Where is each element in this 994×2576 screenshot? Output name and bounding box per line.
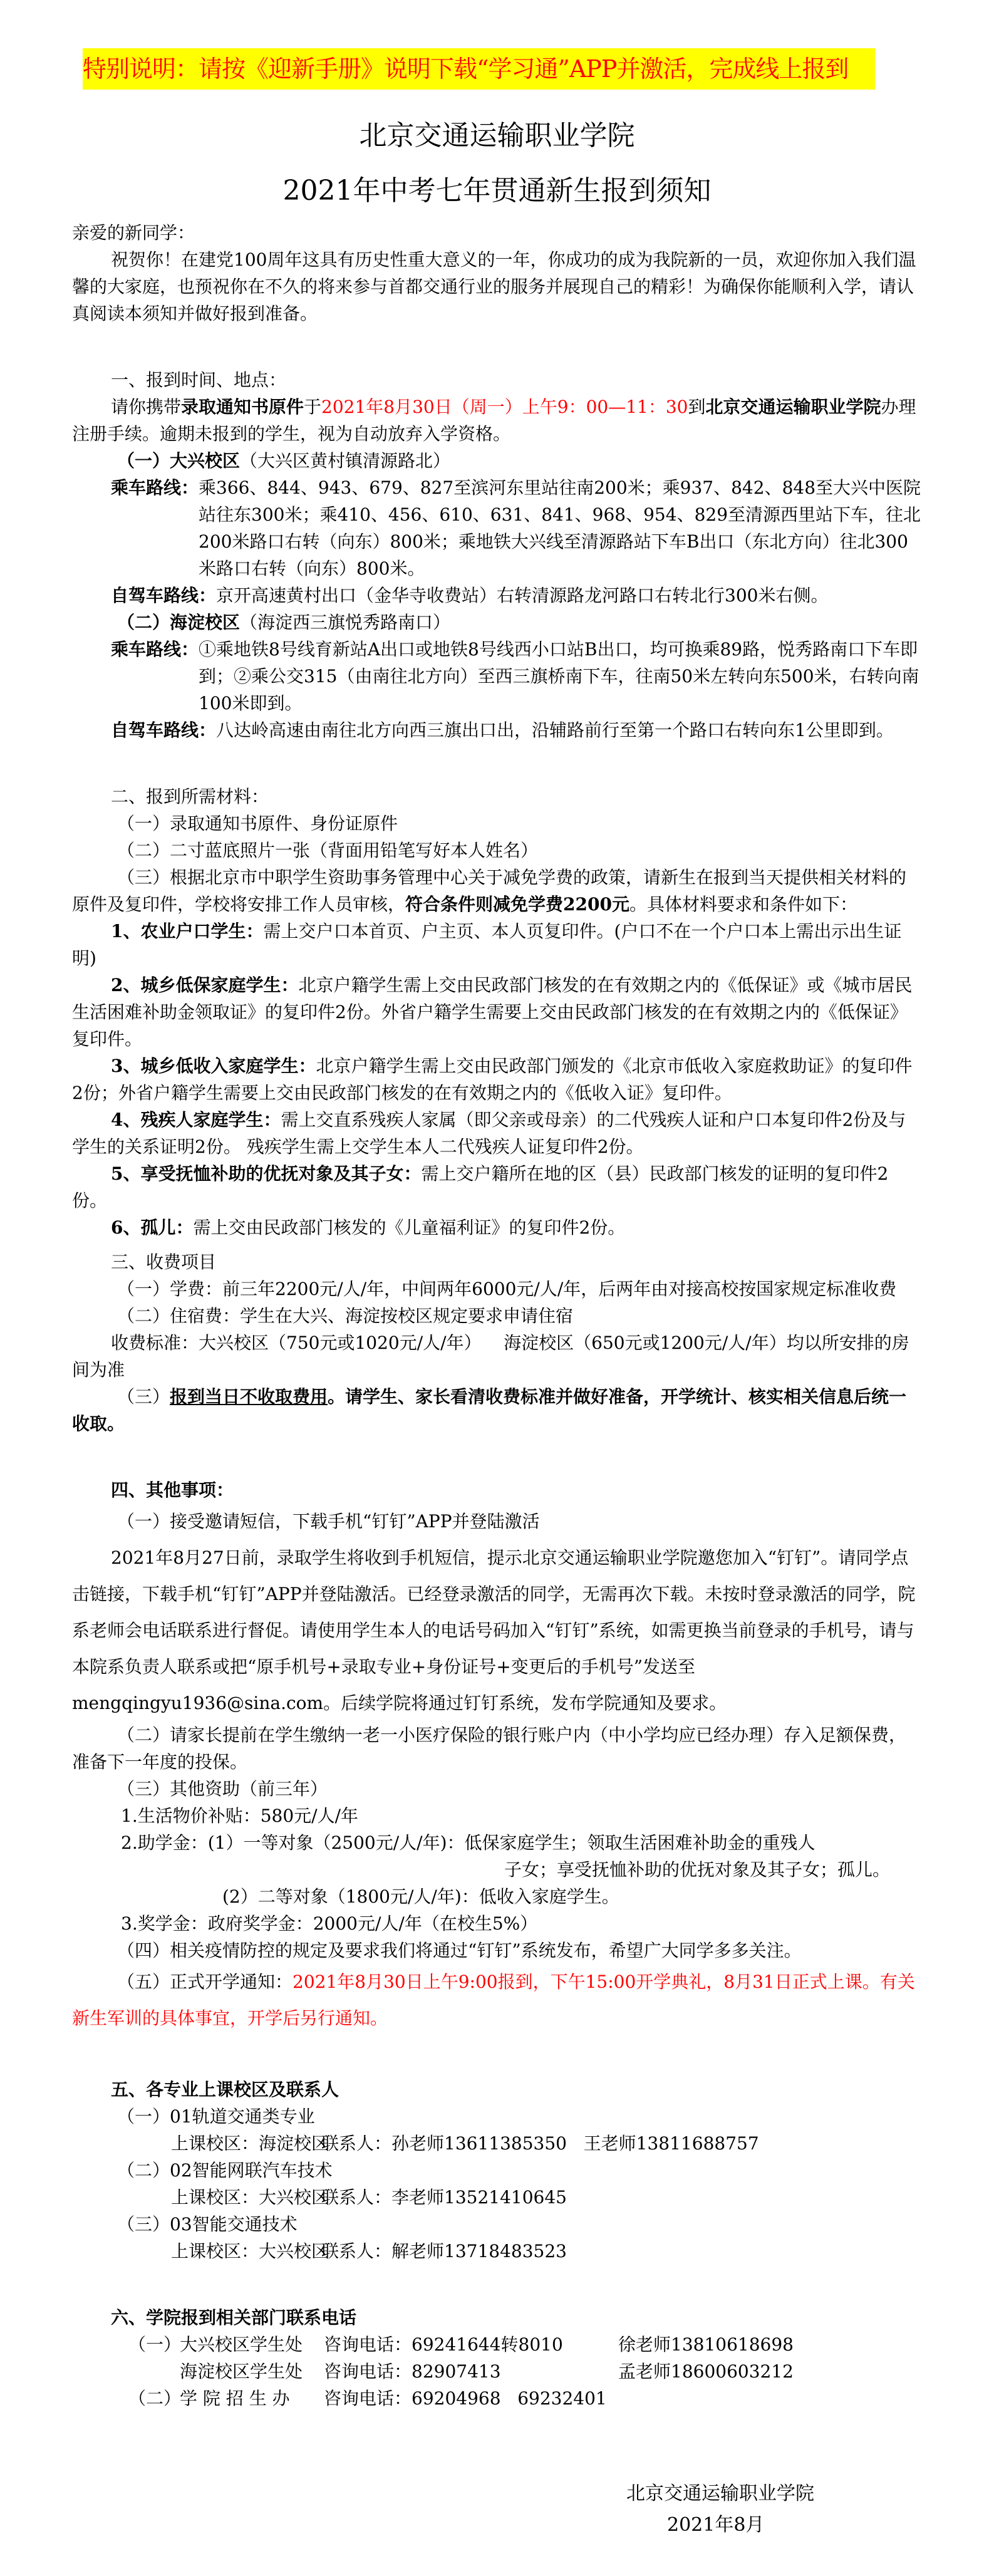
campus-name: （二）海淀校区 bbox=[117, 612, 240, 633]
dept-phone: 咨询电话：69241644转8010 bbox=[324, 2331, 618, 2358]
major-name: （二）02智能网联汽车技术 bbox=[72, 2157, 921, 2184]
daxing-bus-route: 乘车路线： 乘366、844、943、679、827至滨河东里站往南200米；乘… bbox=[72, 474, 921, 582]
school-start-label: （五）正式开学通知： bbox=[117, 1971, 293, 1992]
bus-route-label: 乘车路线： bbox=[111, 636, 199, 717]
major-contact-row: 上课校区：海淀校区 联系人： 孙老师13611385350 王老师1381168… bbox=[72, 2130, 921, 2157]
campus-name: （一）大兴校区 bbox=[117, 450, 240, 471]
major-campus: 上课校区：大兴校区 bbox=[171, 2184, 284, 2211]
dept-phone: 咨询电话：69204968 69232401 bbox=[324, 2385, 618, 2412]
section1-heading: 一、报到时间、地点： bbox=[72, 366, 921, 393]
no-fee-on-report-day: 报到当日不收取费用 bbox=[170, 1386, 328, 1407]
dept-teacher: 徐老师13810618698 bbox=[618, 2331, 794, 2358]
material-item-3: （三）根据北京市中职学生资助事务管理中心关于减免学费的政策，请新生在报到当天提供… bbox=[72, 864, 921, 918]
insurance-note: （二）请家长提前在学生缴纳一老一小医疗保险的银行账户内（中小学均应已经办理）存入… bbox=[72, 1722, 921, 1775]
material-item-1: （一）录取通知书原件、身份证原件 bbox=[72, 810, 921, 837]
condition-item: 6、孤儿：需上交由民政部门核发的《儿童福利证》的复印件2份。 bbox=[72, 1214, 921, 1241]
contact-phones: 李老师13521410645 bbox=[391, 2184, 567, 2211]
greeting-paragraph: 祝贺你！在建党100周年这具有历史性重大意义的一年，你成功的成为我院新的一员，欢… bbox=[72, 246, 921, 327]
tuition-waiver-highlight: 符合条件则减免学费2200元 bbox=[405, 894, 629, 915]
condition-label: 3、城乡低收入家庭学生： bbox=[111, 1056, 316, 1076]
drive-route-text: 京开高速黄村出口（金华寺收费站）右转清源路龙河路口右转北行300米右侧。 bbox=[216, 582, 921, 609]
row-prefix: （二） bbox=[128, 2385, 180, 2412]
intro-bold-admission: 录取通知书原件 bbox=[181, 397, 304, 417]
subsidy-grant-second: (2）二等对象（1800元/人/年)：低收入家庭学生。 bbox=[72, 1883, 921, 1910]
daxing-drive-route: 自驾车路线： 京开高速黄村出口（金华寺收费站）右转清源路龙河路口右转北行300米… bbox=[72, 582, 921, 609]
intro-text: 请你携带 bbox=[111, 397, 181, 417]
contact-phones: 解老师13718483523 bbox=[391, 2238, 567, 2265]
dingtalk-body: 2021年8月27日前，录取学生将收到手机短信，提示北京交通运输职业学院邀您加入… bbox=[72, 1540, 921, 1722]
intro-bold-school: 北京交通运输职业学院 bbox=[705, 397, 881, 417]
section4-heading: 四、其他事项： bbox=[72, 1477, 921, 1504]
notice-title: 2021年中考七年贯通新生报到须知 bbox=[0, 168, 994, 208]
row-prefix: （一） bbox=[128, 2331, 180, 2358]
major-name: （一）01轨道交通类专业 bbox=[72, 2103, 921, 2130]
condition-item: 2、城乡低保家庭学生：北京户籍学生需上交由民政部门核发的在有效期之内的《低保证》… bbox=[72, 972, 921, 1052]
drive-route-label: 自驾车路线： bbox=[111, 582, 216, 609]
major-contact-row: 上课校区：大兴校区 联系人： 李老师13521410645 bbox=[72, 2184, 921, 2211]
bus-route-text: 乘366、844、943、679、827至滨河东里站往南200米；乘937、84… bbox=[199, 474, 921, 582]
major-campus: 上课校区：大兴校区 bbox=[171, 2238, 284, 2265]
condition-label: 5、享受抚恤补助的优抚对象及其子女： bbox=[111, 1163, 422, 1184]
contact-phones: 孙老师13611385350 王老师13811688757 bbox=[391, 2130, 759, 2157]
haidian-drive-route: 自驾车路线： 八达岭高速由南往北方向西三旗出口出，沿辅路前行至第一个路口右转向东… bbox=[72, 717, 921, 744]
subsidy-scholarship: 3.奖学金：政府奖学金：2000元/人/年（在校生5%） bbox=[72, 1910, 921, 1937]
intro-text: 于 bbox=[304, 397, 321, 417]
dingtalk-title: （一）接受邀请短信，下载手机“钉钉”APP并登陆激活 bbox=[72, 1504, 921, 1540]
special-notice-banner: 特别说明：请按《迎新手册》说明下载“学习通”APP并激活，完成线上报到 bbox=[83, 48, 875, 90]
condition-item: 3、城乡低收入家庭学生：北京户籍学生需上交由民政部门颁发的《北京市低收入家庭救助… bbox=[72, 1052, 921, 1106]
dept-name: 海淀校区学生处 bbox=[180, 2358, 324, 2385]
fee-note-prefix: （三） bbox=[117, 1386, 170, 1407]
salutation: 亲爱的新同学： bbox=[72, 219, 921, 246]
dept-name: 学 院 招 生 办 bbox=[180, 2385, 324, 2412]
fee-tuition: （一）学费：前三年2200元/人/年，中间两年6000元/人/年，后两年由对接高… bbox=[72, 1275, 921, 1302]
fee-dorm-standard: 收费标准：大兴校区（750元或1020元/人/年） 海淀校区（650元或1200… bbox=[72, 1329, 921, 1383]
bus-route-label: 乘车路线： bbox=[111, 474, 199, 582]
subsidy-grant-first: 2.助学金：(1）一等对象（2500元/人/年)：低保家庭学生；领取生活困难补助… bbox=[72, 1829, 921, 1856]
major-contact-row: 上课校区：大兴校区 联系人： 解老师13718483523 bbox=[72, 2238, 921, 2265]
fee-dorm: （二）住宿费：学生在大兴、海淀按校区规定要求申请住宿 bbox=[72, 1302, 921, 1329]
school-start-notice: （五）正式开学通知：2021年8月30日上午9:00报到，下午15:00开学典礼… bbox=[72, 1964, 921, 2037]
drive-route-label: 自驾车路线： bbox=[111, 717, 216, 744]
dept-contact-row: 海淀校区学生处 咨询电话：82907413 孟老师18600603212 bbox=[72, 2358, 921, 2385]
campus-daxing-heading: （一）大兴校区（大兴区黄村镇清源路北） bbox=[72, 447, 921, 474]
subsidy-living: 1.生活物价补贴：580元/人/年 bbox=[72, 1802, 921, 1829]
condition-item: 4、残疾人家庭学生：需上交直系残疾人家属（即父亲或母亲）的二代残疾人证和户口本复… bbox=[72, 1106, 921, 1160]
fee-note: （三）报到当日不收取费用。请学生、家长看清收费标准并做好准备，开学统计、核实相关… bbox=[72, 1383, 921, 1437]
condition-label: 4、残疾人家庭学生： bbox=[111, 1109, 281, 1130]
drive-route-text: 八达岭高速由南往北方向西三旗出口出，沿辅路前行至第一个路口右转向东1公里即到。 bbox=[216, 717, 921, 744]
contact-label: 联系人： bbox=[321, 2238, 391, 2265]
subsidy-title: （三）其他资助（前三年） bbox=[72, 1775, 921, 1802]
campus-address: （海淀西三旗悦秀路南口） bbox=[240, 612, 450, 633]
section3-heading: 三、收费项目 bbox=[72, 1249, 921, 1275]
document-body: 亲爱的新同学： 祝贺你！在建党100周年这具有历史性重大意义的一年，你成功的成为… bbox=[72, 219, 921, 2412]
major-name: （三）03智能交通技术 bbox=[72, 2211, 921, 2238]
section5-heading: 五、各专业上课校区及联系人 bbox=[72, 2076, 921, 2103]
dept-contact-row: （二） 学 院 招 生 办 咨询电话：69204968 69232401 bbox=[72, 2385, 921, 2412]
section6-heading: 六、学院报到相关部门联系电话 bbox=[72, 2304, 921, 2331]
material-item-2: （二）二寸蓝底照片一张（背面用铅笔写好本人姓名） bbox=[72, 837, 921, 864]
subsidy-grant-first-cont: 子女；享受抚恤补助的优抚对象及其子女；孤儿。 bbox=[72, 1856, 921, 1883]
intro-text: 到 bbox=[688, 397, 705, 417]
section2-heading: 二、报到所需材料： bbox=[72, 783, 921, 810]
row-prefix bbox=[128, 2358, 180, 2385]
bus-route-text: ①乘地铁8号线育新站A出口或地铁8号线西小口站B出口，均可换乘89路，悦秀路南口… bbox=[199, 636, 921, 717]
condition-label: 2、城乡低保家庭学生： bbox=[111, 975, 298, 995]
dept-phone: 咨询电话：82907413 bbox=[324, 2358, 618, 2385]
contact-label: 联系人： bbox=[321, 2184, 391, 2211]
dept-name: 大兴校区学生处 bbox=[180, 2331, 324, 2358]
condition-text: 需上交由民政部门核发的《儿童福利证》的复印件2份。 bbox=[193, 1217, 625, 1238]
condition-label: 1、农业户口学生： bbox=[111, 921, 263, 942]
campus-haidian-heading: （二）海淀校区（海淀西三旗悦秀路南口） bbox=[72, 609, 921, 636]
major-campus: 上课校区：海淀校区 bbox=[171, 2130, 284, 2157]
haidian-bus-route: 乘车路线： ①乘地铁8号线育新站A出口或地铁8号线西小口站B出口，均可换乘89路… bbox=[72, 636, 921, 717]
section1-intro: 请你携带录取通知书原件于2021年8月30日（周一）上午9：00—11：30到北… bbox=[72, 393, 921, 447]
epidemic-note: （四）相关疫情防控的规定及要求我们将通过“钉钉”系统发布，希望广大同学多多关注。 bbox=[72, 1937, 921, 1964]
campus-address: （大兴区黄村镇清源路北） bbox=[240, 450, 450, 471]
dept-teacher: 孟老师18600603212 bbox=[618, 2358, 794, 2385]
condition-item: 5、享受抚恤补助的优抚对象及其子女：需上交户籍所在地的区（县）民政部门核发的证明… bbox=[72, 1160, 921, 1214]
report-time: 2021年8月30日（周一）上午9：00—11：30 bbox=[321, 397, 688, 417]
contact-label: 联系人： bbox=[321, 2130, 391, 2157]
dept-contact-row: （一） 大兴校区学生处 咨询电话：69241644转8010 徐老师138106… bbox=[72, 2331, 921, 2358]
signature-org: 北京交通运输职业学院 bbox=[626, 2478, 814, 2505]
school-name-title: 北京交通运输职业学院 bbox=[0, 113, 994, 153]
material-text: 。具体材料要求和条件如下： bbox=[629, 894, 857, 915]
condition-label: 6、孤儿： bbox=[111, 1217, 193, 1238]
condition-item: 1、农业户口学生：需上交户口本首页、户主页、本人页复印件。(户口不在一个户口本上… bbox=[72, 918, 921, 972]
special-notice-text: 特别说明：请按《迎新手册》说明下载“学习通”APP并激活，完成线上报到 bbox=[83, 55, 848, 83]
signature-date: 2021年8月 bbox=[667, 2509, 764, 2537]
